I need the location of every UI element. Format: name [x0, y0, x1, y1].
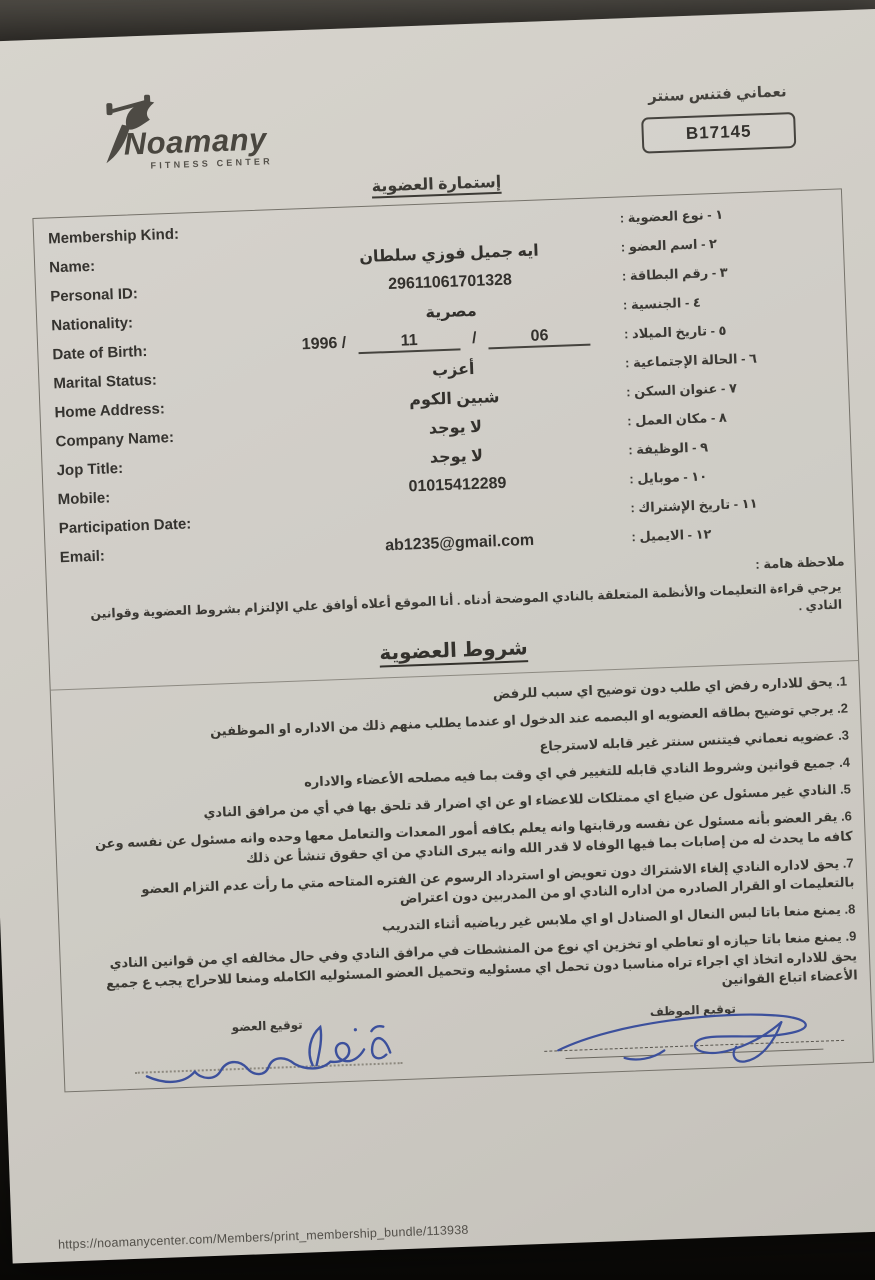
field-label-en: Jop Title:	[42, 454, 284, 480]
membership-form-box: Membership Kind: ١ - نوع العضوية : Name:…	[32, 188, 874, 1092]
field-label-ar: ١٠ - موبايل :	[629, 463, 851, 487]
term-number: 5.	[840, 781, 851, 796]
field-label-en: Nationality:	[37, 309, 279, 335]
term-text: يحق للاداره رفض اي طلب دون توضيح اي سبب …	[493, 674, 833, 701]
field-value	[276, 218, 620, 231]
term-number: 3.	[838, 727, 849, 742]
employee-signature-block: توقيع الموظف	[543, 997, 845, 1059]
term-number: 2.	[837, 700, 848, 715]
field-label-ar: ٩ - الوظيفة :	[628, 434, 850, 458]
term-number: 1.	[836, 673, 847, 688]
field-label-ar: ٢ - اسم العضو :	[621, 231, 843, 255]
terms-list: 1. يحق للاداره رفض اي طلب دون توضيح اي س…	[51, 671, 870, 1014]
logo-wordmark: Noamany	[123, 121, 268, 161]
noamany-logo-mark: Noamany FITNESS CENTER	[96, 87, 284, 178]
term-number: 6.	[841, 808, 852, 823]
field-label-ar: ١٢ - الايميل :	[631, 521, 853, 545]
noamany-logo: Noamany FITNESS CENTER	[96, 87, 284, 183]
field-label-en: Email:	[46, 541, 288, 567]
field-label-en: Mobile:	[43, 483, 285, 509]
field-label-ar: ٧ - عنوان السكن :	[626, 376, 848, 400]
print-footer-url: https://noamanycenter.com/Members/print_…	[58, 1223, 469, 1252]
field-label-en: Home Address:	[40, 396, 282, 422]
term-text: عضويه نعماني فيتنس سنتر غير قابله لاسترج…	[539, 728, 835, 754]
field-label-ar: ٦ - الحالة الإجتماعية :	[625, 347, 847, 371]
term-number: 8.	[844, 901, 855, 916]
field-label-en: Personal ID:	[36, 280, 278, 306]
term-number: 9.	[845, 928, 856, 943]
field-label-ar: ١ - نوع العضوية :	[620, 202, 842, 226]
field-label-ar: ٥ - تاريخ الميلاد :	[624, 318, 846, 342]
field-label-en: Marital Status:	[39, 367, 281, 393]
center-name-arabic: نعماني فتنس سنتر	[640, 82, 795, 106]
photo-background: Noamany FITNESS CENTER نعماني فتنس سنتر …	[0, 0, 875, 1280]
member-code-box: B17145	[641, 112, 796, 154]
field-value	[287, 508, 631, 521]
member-signature-block: توقيع العضو	[133, 1014, 403, 1074]
field-label-en: Name:	[35, 251, 277, 277]
field-label-en: Membership Kind:	[34, 222, 276, 248]
term-number: 7.	[842, 855, 853, 870]
field-label-ar: ٣ - رقم البطاقة :	[622, 260, 844, 284]
field-label-en: Participation Date:	[45, 512, 287, 538]
field-label-ar: ١١ - تاريخ الإشتراك :	[630, 492, 852, 516]
field-label-ar: ٤ - الجنسية :	[623, 289, 845, 313]
field-label-en: Company Name:	[41, 425, 283, 451]
form-rows: Membership Kind: ١ - نوع العضوية : Name:…	[34, 195, 854, 572]
paper-sheet: Noamany FITNESS CENTER نعماني فتنس سنتر …	[0, 9, 875, 1264]
field-label-ar: ٨ - مكان العمل :	[627, 405, 849, 429]
term-number: 4.	[839, 754, 850, 769]
header-right: نعماني فتنس سنتر B17145	[640, 82, 796, 154]
field-label-en: Date of Birth:	[38, 338, 280, 364]
